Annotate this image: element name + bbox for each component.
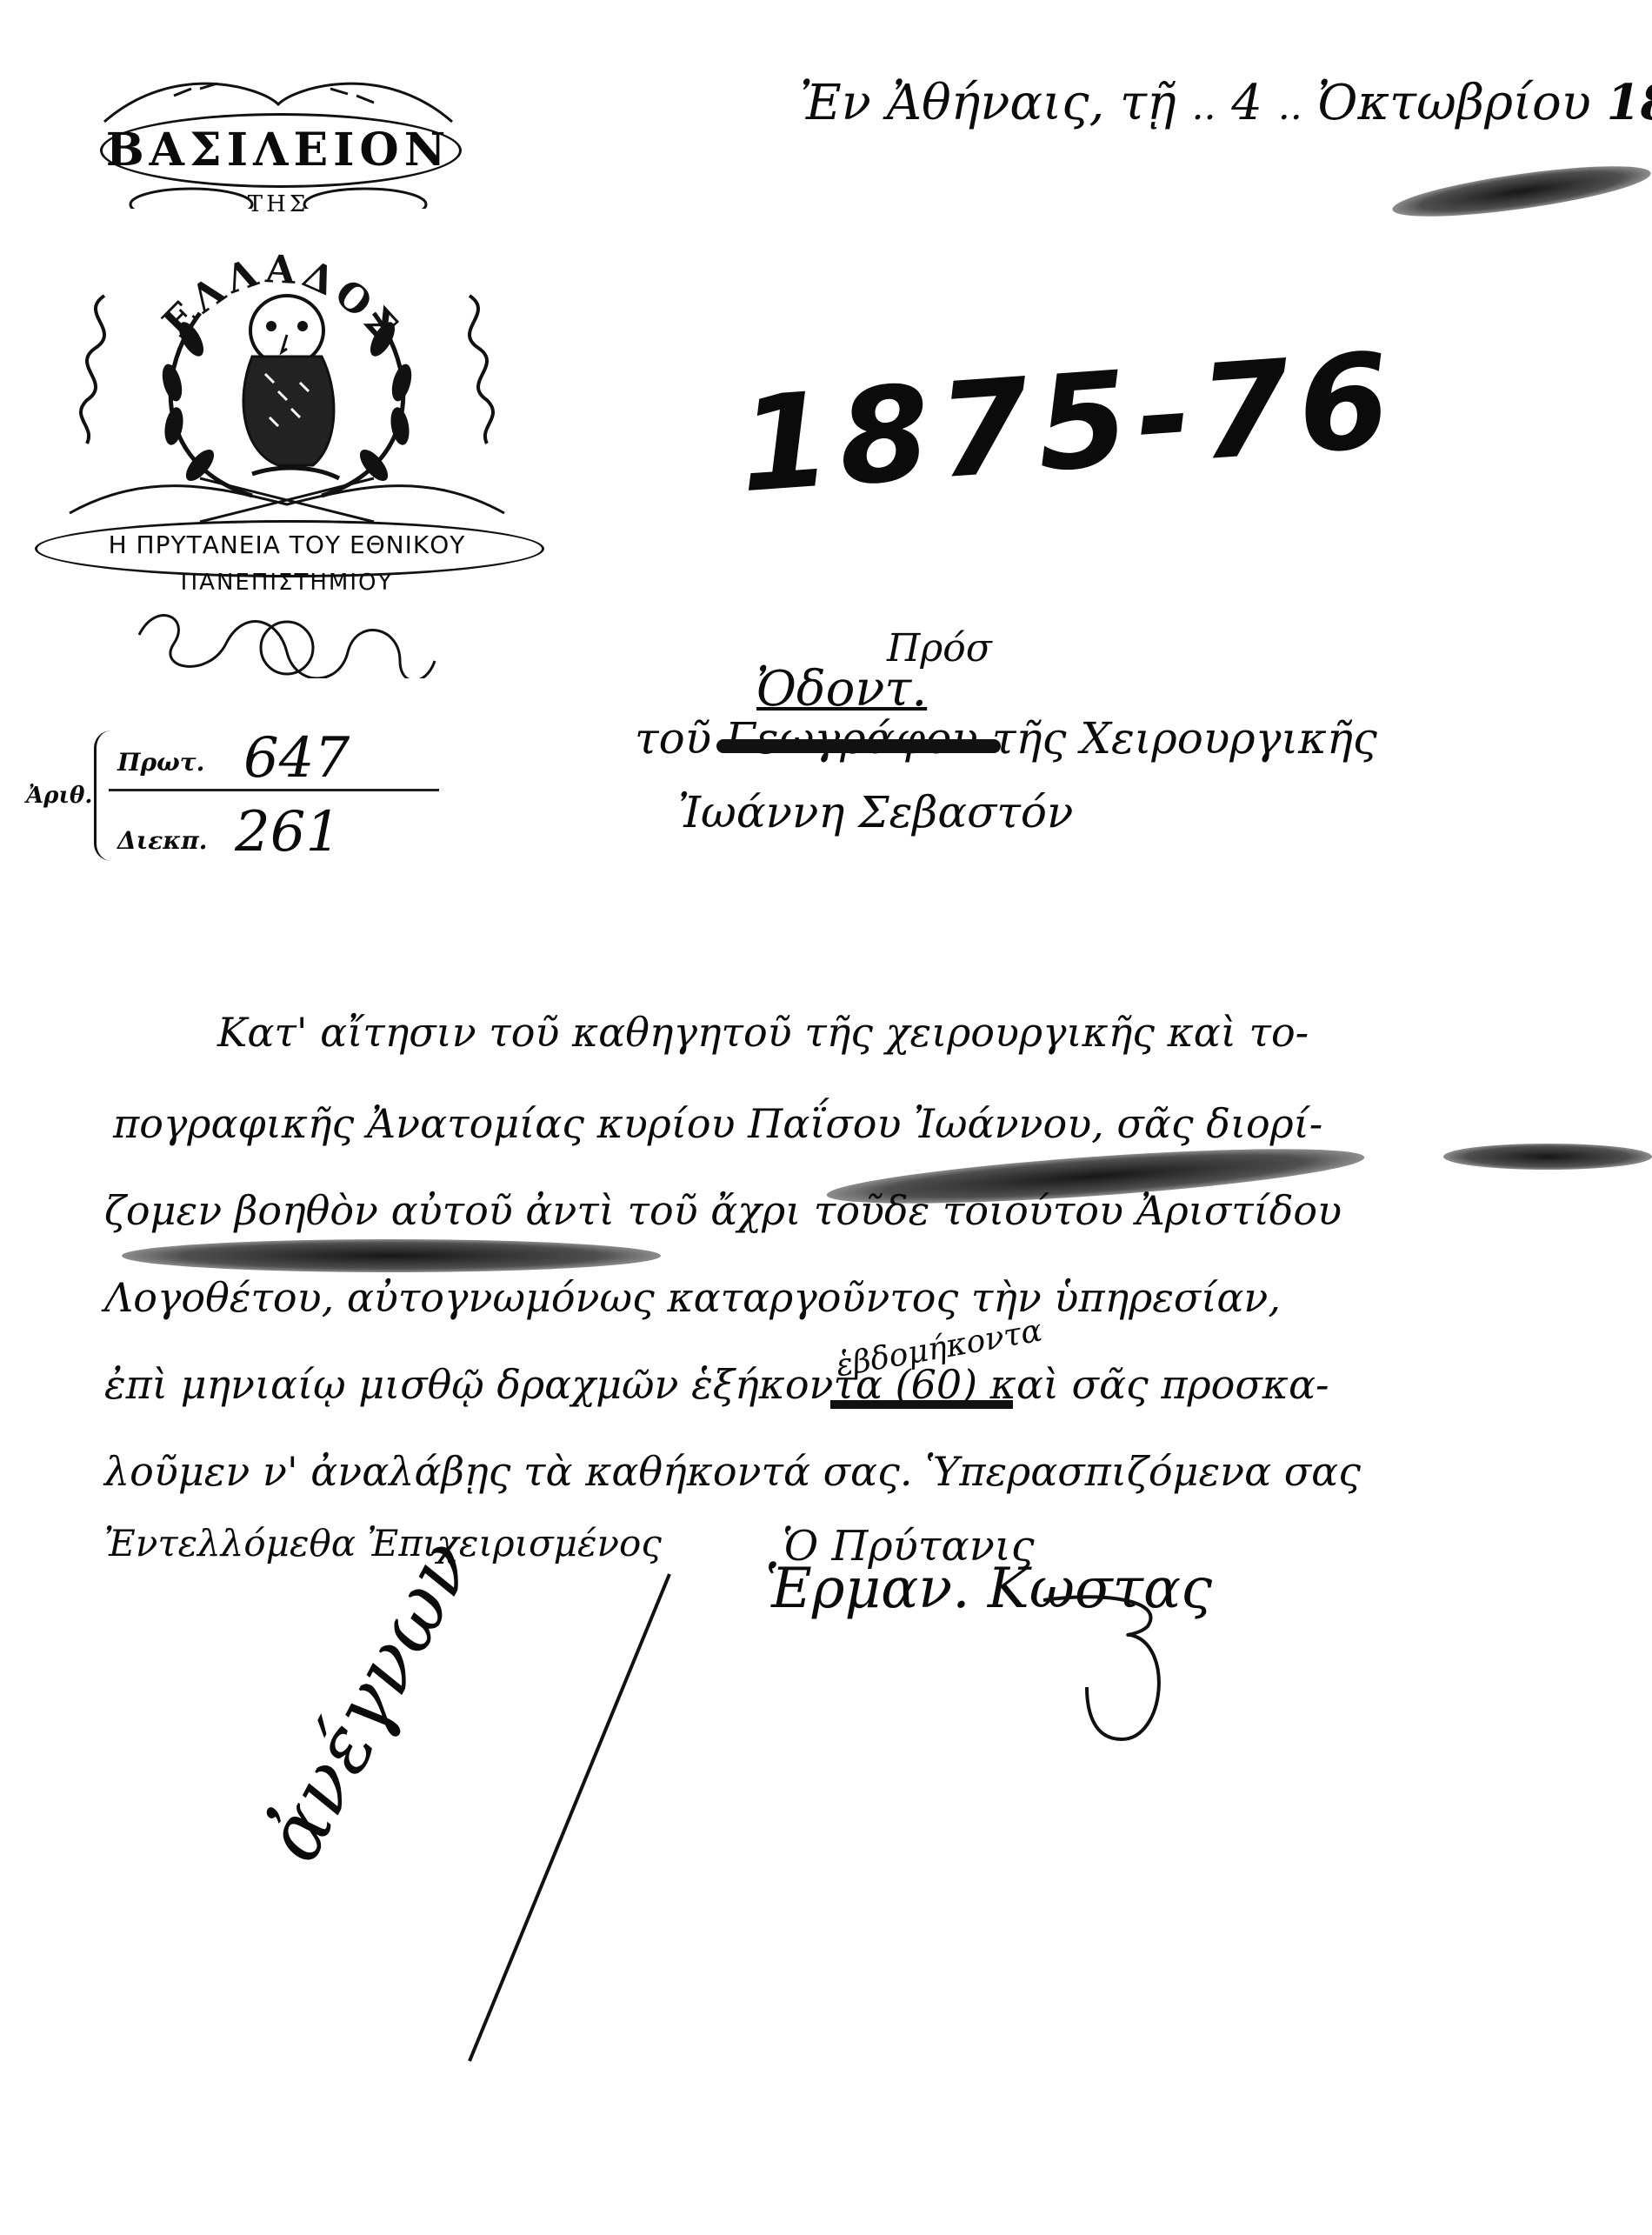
body-line-4: Λογοθέτου, αὐτογνωμόνως καταργοῦντος τὴν…	[104, 1274, 1281, 1321]
dateline-place: Ἐν Ἀθήναις, τῇ	[800, 75, 1176, 131]
body-line-1: Κατ' αἴτησιν τοῦ καθηγητοῦ τῆς χειρουργι…	[217, 1009, 1309, 1056]
ink-smudge	[122, 1239, 661, 1272]
flourish-bottom-icon	[130, 600, 443, 678]
dateline-day: 4	[1231, 75, 1262, 131]
dateline-month: Ὀκτωβρίου	[1318, 75, 1591, 131]
struck-word: Γεωγράφου	[725, 713, 992, 764]
protocol-label: Πρωτ.	[117, 748, 204, 777]
archive-year-note: 1875-76	[735, 325, 1403, 522]
ink-smudge	[1390, 156, 1652, 226]
addressee-block: Πρόσ Ὀδοντ. τοῦ Γεωγράφου τῆς Χειρουργικ…	[609, 626, 1565, 852]
ink-smudge	[1443, 1144, 1652, 1170]
kingdom-of: ΤΗΣ	[217, 191, 339, 217]
diekp-label: Διεκπ.	[117, 826, 208, 855]
institution-name-2: ΠΑΝΕΠΙΣΤΗΜΙΟΥ	[104, 570, 470, 596]
dateline-year: 1875	[1607, 74, 1652, 131]
letterhead: ΒΑΣΙΛΕΙΟΝ ΤΗΣ ΕΛΛΑΔΟΣ	[17, 104, 556, 678]
addressee-line-2: Ἰωάννη Σεβαστόν	[678, 787, 1073, 837]
owl-emblem-icon	[217, 287, 356, 487]
diekp-number: 261	[235, 800, 341, 864]
protocol-number: 647	[243, 726, 350, 791]
brace	[94, 731, 114, 861]
body-line-5: ἐπὶ μηνιαίῳ μισθῷ δραχμῶν ἑξήκοντα (60) …	[104, 1361, 1329, 1408]
body-line-3: ζομεν βοηθὸν αὐτοῦ ἀντὶ τοῦ ἄχρι τοῦδε τ…	[104, 1187, 1342, 1234]
institution-name: Η ΠΡΥΤΑΝΕΙΑ ΤΟΥ ΕΘΝΙΚΟΥ	[52, 530, 522, 559]
body-line-6: λοῦμεν ν' ἀναλάβῃς τὰ καθήκοντά σας. Ὑπε…	[104, 1448, 1361, 1495]
body-line-2: πογραφικῆς Ἀνατομίας κυρίου Παΐσου Ἰωάνν…	[113, 1100, 1322, 1147]
addressee-corrected-word: Ὀδοντ.	[756, 661, 927, 717]
letter-body: Κατ' αἴτησιν τοῦ καθηγητοῦ τῆς χειρουργι…	[0, 1009, 1652, 1531]
kingdom-title: ΒΑΣΙΛΕΙΟΝ	[100, 123, 456, 177]
reference-divider	[109, 789, 439, 791]
marginal-signature: ἀνέγνων	[247, 1525, 491, 1876]
reference-label: Ἀριθ.	[26, 783, 92, 809]
dateline: Ἐν Ἀθήναις, τῇ .. 4 .. Ὀκτωβρίου 1875	[800, 74, 1652, 131]
addressee-line-1: τοῦ Γεωγράφου τῆς Χειρουργικῆς	[635, 713, 1377, 764]
strike-amount	[830, 1400, 1013, 1409]
marginal-stroke-icon	[461, 1557, 687, 2078]
reference-numbers: Ἀριθ. Πρωτ. 647 Διεκπ. 261	[26, 731, 435, 870]
signature-flourish-icon	[1035, 1583, 1209, 1757]
